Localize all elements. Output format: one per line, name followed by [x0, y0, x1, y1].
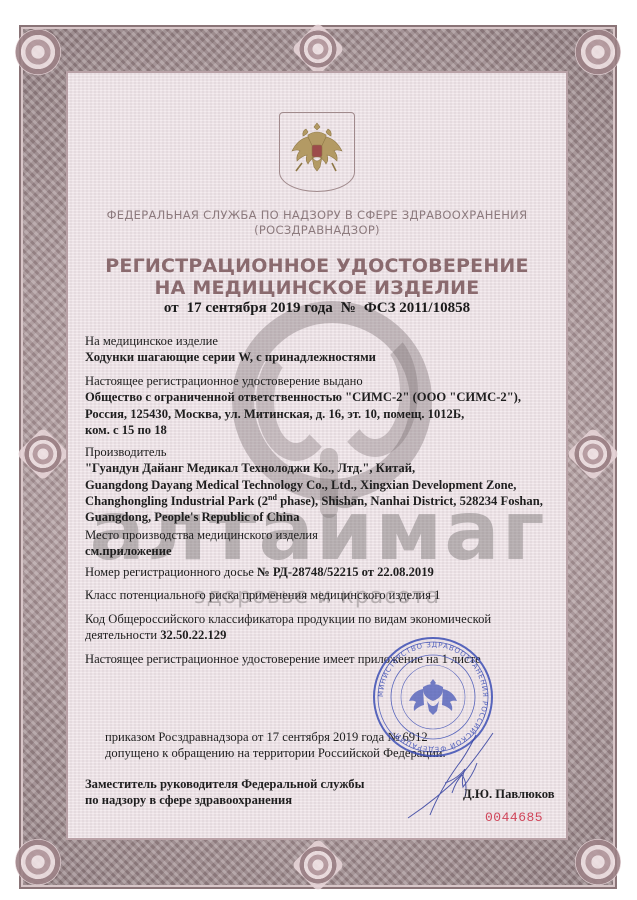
certificate-paper: алтаймаг здоровье и красота ФЕДЕРАЛЬНАЯ … [68, 73, 566, 838]
production-site-label: Место производства медицинского изделия [85, 527, 560, 543]
dossier-number: № РД-28748/52215 от 22.08.2019 [257, 565, 434, 579]
order-line: приказом Росздравнадзора от 17 сентября … [105, 729, 525, 745]
border-ornament-icon [566, 427, 620, 481]
signatory-title-line: Заместитель руководителя Федеральной слу… [85, 776, 415, 792]
agency-abbreviation: (РОСЗДРАВНАДЗОР) [68, 223, 566, 238]
corner-ornament-icon [15, 839, 61, 885]
order-line: допущено к обращению на территории Росси… [105, 745, 525, 761]
issue-prefix: от [164, 300, 179, 316]
border-ornament-icon [291, 838, 345, 892]
manufacturer-line: Changhongling Industrial Park (2nd phase… [85, 493, 560, 509]
okpd-label: деятельности [85, 628, 160, 642]
order-section: приказом Росздравнадзора от 17 сентября … [105, 729, 525, 762]
production-site-value: см.приложение [85, 543, 560, 559]
device-section: На медицинское изделие Ходунки шагающие … [85, 333, 560, 366]
issue-date: 17 сентября 2019 года [187, 300, 333, 316]
agency-name-line1: ФЕДЕРАЛЬНАЯ СЛУЖБА ПО НАДЗОРУ В СФЕРЕ ЗД… [68, 208, 566, 223]
manufacturer-line: "Гуандун Дайанг Медикал Технолоджи Ко., … [85, 460, 560, 476]
border-ornament-icon [291, 22, 345, 76]
risk-class-value: 1 [434, 588, 440, 602]
production-site-section: Место производства медицинского изделия … [85, 527, 560, 560]
border-ornament-icon [16, 427, 70, 481]
certificate-number-line: от17 сентября 2019 года№ФСЗ 2011/10858 [68, 299, 566, 317]
issued-to-line: Россия, 125430, Москва, ул. Митинская, д… [85, 406, 560, 422]
okpd-code: 32.50.22.129 [160, 628, 226, 642]
dossier-label: Номер регистрационного досье [85, 565, 257, 579]
issued-to-line: ком. с 15 по 18 [85, 422, 560, 438]
certificate-number: ФСЗ 2011/10858 [364, 300, 470, 316]
corner-ornament-icon [15, 29, 61, 75]
device-name: Ходунки шагающие серии W, с принадлежнос… [85, 349, 560, 365]
dossier-section: Номер регистрационного досье № РД-28748/… [85, 564, 560, 580]
okpd-section: Код Общероссийского классификатора проду… [85, 611, 560, 644]
signatory-title-line: по надзору в сфере здравоохранения [85, 792, 415, 808]
corner-ornament-icon [575, 29, 621, 75]
risk-class-label: Класс потенциального риска применения ме… [85, 588, 434, 602]
number-sign: № [341, 300, 356, 316]
manufacturer-line-part: Changhongling Industrial Park (2 [85, 494, 268, 508]
double-headed-eagle-icon [284, 117, 350, 183]
manufacturer-section: Производитель "Гуандун Дайанг Медикал Те… [85, 444, 560, 525]
manufacturer-line: Guangdong, People's Republic of China [85, 509, 560, 525]
serial-number: 0044685 [485, 810, 543, 825]
appendix-note: Настоящее регистрационное удостоверение … [85, 651, 560, 667]
signatory-name: Д.Ю. Павлюков [463, 787, 555, 802]
ordinal-suffix: nd [268, 493, 277, 502]
document-title-line2: НА МЕДИЦИНСКОЕ ИЗДЕЛИЕ [68, 277, 566, 299]
manufacturer-line-part: phase), Shishan, Nanhai District, 528234… [277, 494, 543, 508]
document-title-line1: РЕГИСТРАЦИОННОЕ УДОСТОВЕРЕНИЕ [68, 255, 566, 277]
issued-to-label: Настоящее регистрационное удостоверение … [85, 373, 560, 389]
agency-name: ФЕДЕРАЛЬНАЯ СЛУЖБА ПО НАДЗОРУ В СФЕРЕ ЗД… [68, 208, 566, 238]
issued-to-line: Общество с ограниченной ответственностью… [85, 389, 560, 405]
signatory-title: Заместитель руководителя Федеральной слу… [85, 776, 415, 809]
manufacturer-line: Guangdong Dayang Medical Technology Co.,… [85, 477, 560, 493]
manufacturer-label: Производитель [85, 444, 560, 460]
issued-to-section: Настоящее регистрационное удостоверение … [85, 373, 560, 438]
corner-ornament-icon [575, 839, 621, 885]
risk-class-section: Класс потенциального риска применения ме… [85, 587, 560, 603]
okpd-label: Код Общероссийского классификатора проду… [85, 611, 560, 627]
document-title: РЕГИСТРАЦИОННОЕ УДОСТОВЕРЕНИЕ НА МЕДИЦИН… [68, 255, 566, 299]
device-label: На медицинское изделие [85, 333, 560, 349]
